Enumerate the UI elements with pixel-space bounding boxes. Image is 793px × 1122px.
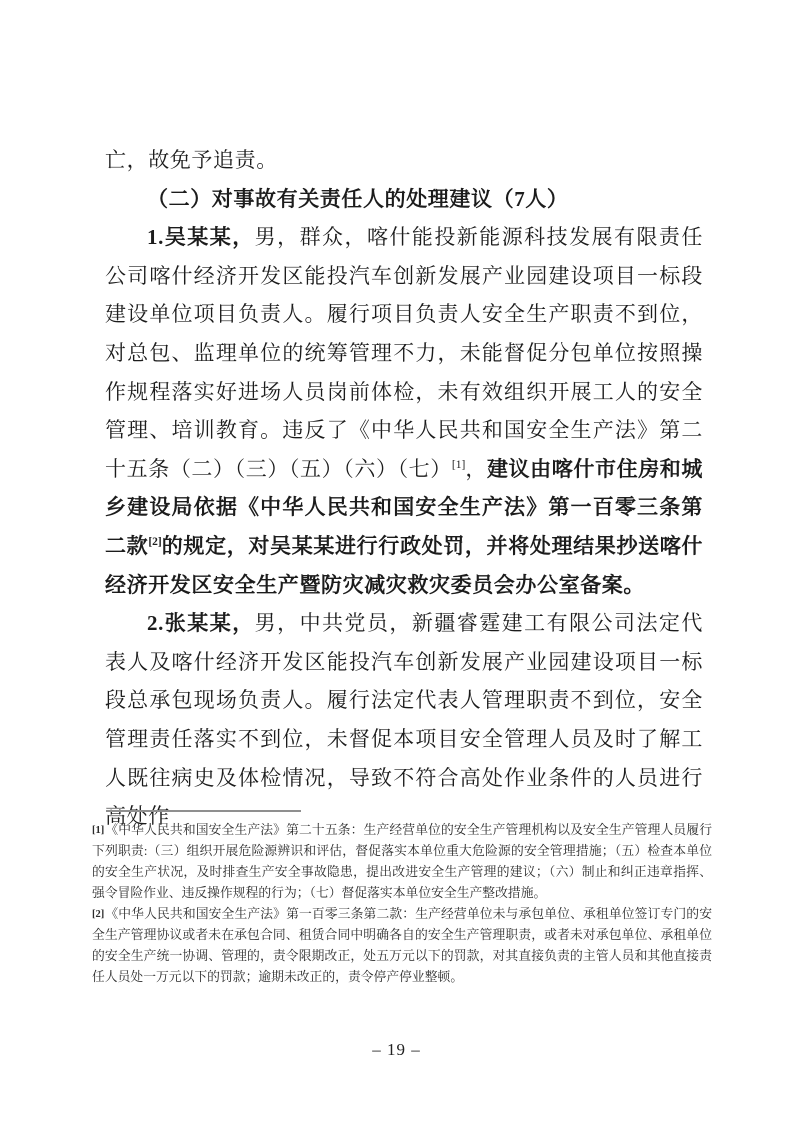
footnote-ref: [2] [148,536,161,548]
footnote-ref: [1] [452,459,465,471]
footnote: [1]《中华人民共和国安全生产法》第二十五条：生产经营单位的安全生产管理机构以及… [92,820,712,904]
footnote-separator [106,810,301,812]
paragraph: 1.吴某某，男，群众，喀什能投新能源科技发展有限责任公司喀什经济开发区能投汽车创… [105,218,703,604]
text-segment: （二）对事故有关责任人的处理建议（7人） [147,187,569,211]
section-heading: （二）对事故有关责任人的处理建议（7人） [105,180,703,219]
text-segment: 2.张某某， [147,611,255,635]
document-page: 亡，故免予追责。（二）对事故有关责任人的处理建议（7人）1.吴某某，男，群众，喀… [0,0,793,1122]
page-number: – 19 – [0,1040,793,1060]
footnote-text: 《中华人民共和国安全生产法》第二十五条：生产经营单位的安全生产管理机构以及安全生… [92,823,712,900]
text-segment: 1.吴某某， [147,225,255,249]
footnote-marker: [1] [92,825,105,836]
text-segment: 男，中共党员，新疆睿霆建工有限公司法定代表人及喀什经济开发区能投汽车创新发展产业… [105,611,703,828]
paragraph: 亡，故免予追责。 [105,141,703,180]
document-body: 亡，故免予追责。（二）对事故有关责任人的处理建议（7人）1.吴某某，男，群众，喀… [105,141,703,836]
text-segment: 男，群众，喀什能投新能源科技发展有限责任公司喀什经济开发区能投汽车创新发展产业园… [105,225,703,481]
text-segment: 亡，故免予追责。 [105,148,278,172]
footnote-marker: [2] [92,909,105,920]
paragraph: 2.张某某，男，中共党员，新疆睿霆建工有限公司法定代表人及喀什经济开发区能投汽车… [105,604,703,836]
text-segment: 的规定，对吴某某进行行政处罚，并将处理结果抄送喀什经济开发区安全生产暨防灾减灾救… [105,534,703,597]
footnote: [2]《中华人民共和国安全生产法》第一百零三条第二款：生产经营单位未与承包单位、… [92,904,712,988]
text-segment: ， [465,457,487,481]
footnotes-section: [1]《中华人民共和国安全生产法》第二十五条：生产经营单位的安全生产管理机构以及… [92,820,712,988]
footnote-text: 《中华人民共和国安全生产法》第一百零三条第二款：生产经营单位未与承包单位、承租单… [92,907,712,984]
